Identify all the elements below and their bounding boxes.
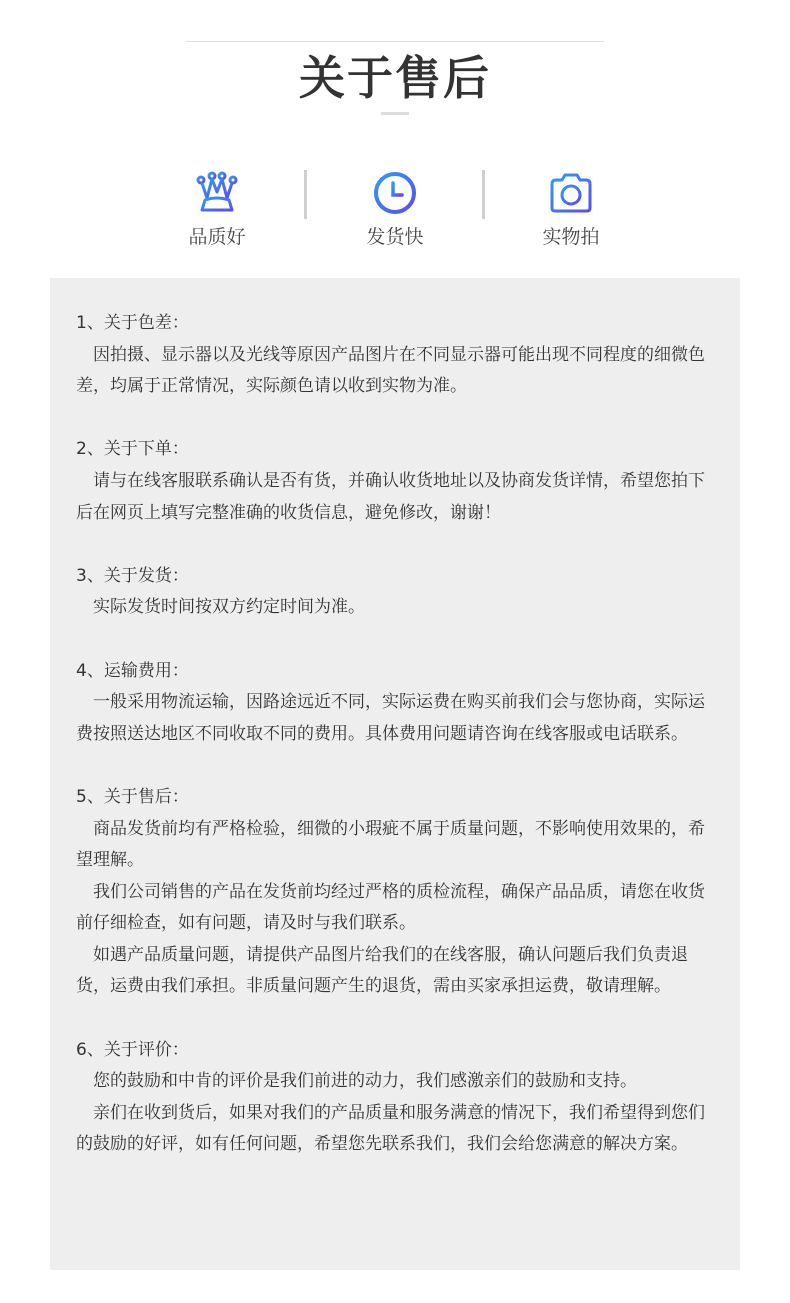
- section-paragraph: 一般采用物流运输，因路途远近不同，实际运费在购买前我们会与您协商，实际运费按照送…: [76, 687, 716, 750]
- section-title: 6、关于评价：: [76, 1035, 716, 1067]
- feature-label: 发货快: [335, 225, 455, 249]
- crown-icon: [193, 168, 241, 216]
- title-underline: [381, 112, 409, 115]
- section-title: 1、关于色差：: [76, 308, 716, 340]
- section-after-sales: 5、关于售后： 商品发货前均有严格检验，细微的小瑕疵不属于质量问题，不影响使用效…: [76, 782, 716, 1003]
- section-paragraph: 您的鼓励和中肯的评价是我们前进的动力，我们感激亲们的鼓励和支持。: [76, 1066, 716, 1098]
- info-content: 1、关于色差： 因拍摄、显示器以及光线等原因产品图片在不同显示器可能出现不同程度…: [76, 308, 716, 1193]
- section-paragraph: 实际发货时间按双方约定时间为准。: [76, 592, 716, 624]
- top-divider: [186, 41, 604, 42]
- section-color-difference: 1、关于色差： 因拍摄、显示器以及光线等原因产品图片在不同显示器可能出现不同程度…: [76, 308, 716, 403]
- section-shipping: 3、关于发货： 实际发货时间按双方约定时间为准。: [76, 561, 716, 624]
- feature-label: 实物拍: [511, 225, 631, 249]
- section-paragraph: 因拍摄、显示器以及光线等原因产品图片在不同显示器可能出现不同程度的细微色差，均属…: [76, 340, 716, 403]
- camera-icon: [547, 168, 595, 216]
- section-title: 4、运输费用：: [76, 656, 716, 688]
- section-title: 3、关于发货：: [76, 561, 716, 593]
- feature-label: 品质好: [157, 225, 277, 249]
- feature-fast-shipping: 发货快: [335, 168, 455, 249]
- section-freight: 4、运输费用： 一般采用物流运输，因路途远近不同，实际运费在购买前我们会与您协商…: [76, 656, 716, 751]
- page-title: 关于售后: [0, 50, 790, 106]
- feature-row: 品质好 发货快 实物拍: [0, 168, 790, 258]
- section-ordering: 2、关于下单： 请与在线客服联系确认是否有货，并确认收货地址以及协商发货详情，希…: [76, 434, 716, 529]
- feature-real-photo: 实物拍: [511, 168, 631, 249]
- clock-icon: [371, 168, 419, 216]
- feature-quality: 品质好: [157, 168, 277, 249]
- section-paragraph: 亲们在收到货后，如果对我们的产品质量和服务满意的情况下，我们希望得到您们的鼓励的…: [76, 1098, 716, 1161]
- feature-divider: [304, 170, 307, 219]
- section-title: 2、关于下单：: [76, 434, 716, 466]
- section-paragraph: 我们公司销售的产品在发货前均经过严格的质检流程，确保产品品质，请您在收货前仔细检…: [76, 877, 716, 940]
- section-title: 5、关于售后：: [76, 782, 716, 814]
- feature-divider: [482, 170, 485, 219]
- section-reviews: 6、关于评价： 您的鼓励和中肯的评价是我们前进的动力，我们感激亲们的鼓励和支持。…: [76, 1035, 716, 1161]
- section-paragraph: 商品发货前均有严格检验，细微的小瑕疵不属于质量问题，不影响使用效果的，希望理解。: [76, 814, 716, 877]
- section-paragraph: 请与在线客服联系确认是否有货，并确认收货地址以及协商发货详情，希望您拍下后在网页…: [76, 466, 716, 529]
- section-paragraph: 如遇产品质量问题，请提供产品图片给我们的在线客服，确认问题后我们负责退货，运费由…: [76, 940, 716, 1003]
